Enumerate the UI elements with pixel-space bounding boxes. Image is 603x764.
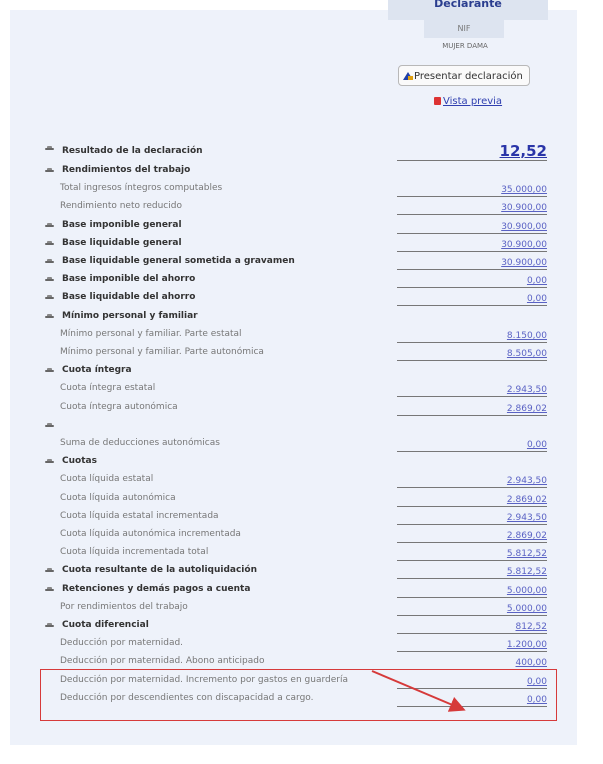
row-label: Retenciones y demás pagos a cuenta (62, 584, 250, 594)
row-label: Mínimo personal y familiar. Parte autonó… (60, 347, 264, 357)
table-row: Cuota líquida estatal incrementada2.943,… (0, 508, 603, 526)
table-row: Suma de deducciones autonómicas0,00 (0, 435, 603, 453)
table-row: Cuota íntegra autonómica2.869,02 (0, 399, 603, 417)
row-label: Base liquidable general (62, 238, 182, 248)
row-label: Base liquidable general sometida a grava… (62, 256, 295, 266)
table-row: Cuota íntegra estatal2.943,50 (0, 380, 603, 398)
table-row: Cuota líquida estatal2.943,50 (0, 471, 603, 489)
row-label: Rendimiento neto reducido (60, 201, 182, 211)
value-underline (397, 396, 547, 397)
table-row: Base liquidable del ahorro0,00 (0, 289, 603, 307)
row-value-link[interactable]: 0,00 (527, 440, 547, 450)
row-value-link[interactable]: 2.943,50 (507, 476, 547, 486)
row-value-link[interactable]: 30.900,00 (501, 222, 547, 232)
table-row: Rendimiento neto reducido30.900,00 (0, 198, 603, 216)
value-underline (397, 233, 547, 234)
row-value-link[interactable]: 2.869,02 (507, 531, 547, 541)
collapse-icon[interactable] (45, 243, 54, 247)
value-underline (397, 451, 547, 452)
value-underline (397, 506, 547, 507)
table-row: Rendimientos del trabajo (0, 162, 603, 180)
value-underline (397, 597, 547, 598)
value-underline (397, 487, 547, 488)
highlight-box (40, 669, 557, 721)
presentar-label: Presentar declaración (414, 71, 523, 82)
row-value-link[interactable]: 30.900,00 (501, 258, 547, 268)
table-row: Cuota íntegra (0, 362, 603, 380)
row-label: Cuotas (62, 456, 97, 466)
collapse-icon[interactable] (45, 225, 54, 229)
pdf-icon (434, 97, 441, 105)
value-underline (397, 287, 547, 288)
table-row: Mínimo personal y familiar. Parte estata… (0, 326, 603, 344)
value-underline (397, 251, 547, 252)
row-label: Rendimientos del trabajo (62, 165, 190, 175)
value-underline (397, 214, 547, 215)
row-value-link[interactable]: 0,00 (527, 294, 547, 304)
row-label: Cuota íntegra (62, 365, 132, 375)
row-label: Base liquidable del ahorro (62, 292, 195, 302)
value-underline (397, 269, 547, 270)
row-value-link[interactable]: 8.150,00 (507, 331, 547, 341)
row-label: Cuota líquida autonómica (60, 493, 176, 503)
row-value-link[interactable]: 812,52 (516, 622, 548, 632)
declarante-header: Declarante (388, 0, 548, 20)
row-value-link[interactable]: 0,00 (527, 276, 547, 286)
table-row: Base liquidable general30.900,00 (0, 235, 603, 253)
collapse-icon[interactable] (45, 625, 54, 629)
value-underline (397, 524, 547, 525)
collapse-icon[interactable] (45, 316, 54, 320)
row-label: Cuota resultante de la autoliquidación (62, 565, 257, 575)
table-row (0, 417, 603, 435)
table-row: Base imponible del ahorro0,00 (0, 271, 603, 289)
collapse-icon[interactable] (45, 279, 54, 283)
row-label: Mínimo personal y familiar (62, 311, 198, 321)
collapse-icon[interactable] (45, 425, 54, 429)
table-row: Cuota líquida autonómica incrementada2.8… (0, 526, 603, 544)
row-label: Cuota líquida estatal incrementada (60, 511, 219, 521)
value-underline (397, 578, 547, 579)
value-underline (397, 615, 547, 616)
row-value-link[interactable]: 5.000,00 (507, 586, 547, 596)
table-row: Total ingresos íntegros computables35.00… (0, 180, 603, 198)
table-row: Cuota líquida autonómica2.869,02 (0, 490, 603, 508)
table-row: Retenciones y demás pagos a cuenta5.000,… (0, 581, 603, 599)
row-value-link[interactable]: 30.900,00 (501, 203, 547, 213)
row-label: Cuota íntegra autonómica (60, 402, 178, 412)
table-row: Cuota líquida incrementada total5.812,52 (0, 544, 603, 562)
row-label: Deducción por maternidad. Abono anticipa… (60, 656, 264, 666)
table-row: Cuotas (0, 453, 603, 471)
value-underline (397, 560, 547, 561)
vista-previa-link[interactable]: Vista previa (443, 96, 502, 107)
value-underline (397, 342, 547, 343)
table-row: Deducción por maternidad.1.200,00 (0, 635, 603, 653)
row-value-link[interactable]: 2.943,50 (507, 513, 547, 523)
collapse-icon[interactable] (45, 297, 54, 301)
taxpayer-name: MUJER DAMA (400, 42, 530, 50)
collapse-icon[interactable] (45, 261, 54, 265)
row-label: Total ingresos íntegros computables (60, 183, 222, 193)
collapse-icon[interactable] (45, 589, 54, 593)
row-value-link[interactable]: 12,52 (500, 142, 547, 160)
row-value-link[interactable]: 5.812,52 (507, 567, 547, 577)
collapse-icon[interactable] (45, 370, 54, 374)
table-row: Por rendimientos del trabajo5.000,00 (0, 599, 603, 617)
collapse-icon[interactable] (45, 461, 54, 465)
row-label: Base imponible general (62, 220, 182, 230)
value-underline (397, 196, 547, 197)
row-value-link[interactable]: 35.000,00 (501, 185, 547, 195)
row-label: Cuota líquida autonómica incrementada (60, 529, 241, 539)
table-row: Base imponible general30.900,00 (0, 217, 603, 235)
table-row: Base liquidable general sometida a grava… (0, 253, 603, 271)
value-underline (397, 633, 547, 634)
collapse-icon[interactable] (45, 170, 54, 174)
row-label: Por rendimientos del trabajo (60, 602, 188, 612)
row-value-link[interactable]: 2.869,02 (507, 404, 547, 414)
submit-declaration-icon (403, 71, 413, 80)
table-row: Cuota diferencial812,52 (0, 617, 603, 635)
row-label: Cuota líquida estatal (60, 474, 153, 484)
nif-label: NIF (424, 20, 504, 38)
row-value-link[interactable]: 2.869,02 (507, 495, 547, 505)
row-value-link[interactable]: 8.505,00 (507, 349, 547, 359)
row-value-link[interactable]: 5.000,00 (507, 604, 547, 614)
vista-previa[interactable]: Vista previa (434, 96, 502, 107)
table-row: Cuota resultante de la autoliquidación5.… (0, 562, 603, 580)
row-value-link[interactable]: 1.200,00 (507, 640, 547, 650)
row-label: Mínimo personal y familiar. Parte estata… (60, 329, 242, 339)
table-row: Mínimo personal y familiar. Parte autonó… (0, 344, 603, 362)
collapse-icon[interactable] (45, 570, 54, 574)
row-value-link[interactable]: 2.943,50 (507, 385, 547, 395)
row-label: Deducción por maternidad. (60, 638, 183, 648)
value-underline (397, 651, 547, 652)
row-value-link[interactable]: 5.812,52 (507, 549, 547, 559)
row-label: Suma de deducciones autonómicas (60, 438, 220, 448)
row-label: Cuota íntegra estatal (60, 383, 155, 393)
collapse-icon[interactable] (45, 148, 54, 152)
row-label: Cuota diferencial (62, 620, 149, 630)
row-label: Base imponible del ahorro (62, 274, 195, 284)
value-underline (397, 360, 547, 361)
presentar-declaracion-button[interactable]: Presentar declaración (398, 65, 530, 86)
row-label: Cuota líquida incrementada total (60, 547, 208, 557)
row-value-link[interactable]: 400,00 (516, 658, 548, 668)
value-underline (397, 542, 547, 543)
row-value-link[interactable]: 30.900,00 (501, 240, 547, 250)
table-row: Mínimo personal y familiar (0, 308, 603, 326)
row-label: Resultado de la declaración (62, 146, 203, 156)
value-underline (397, 305, 547, 306)
table-row: Resultado de la declaración12,52 (0, 140, 603, 162)
value-underline (397, 415, 547, 416)
